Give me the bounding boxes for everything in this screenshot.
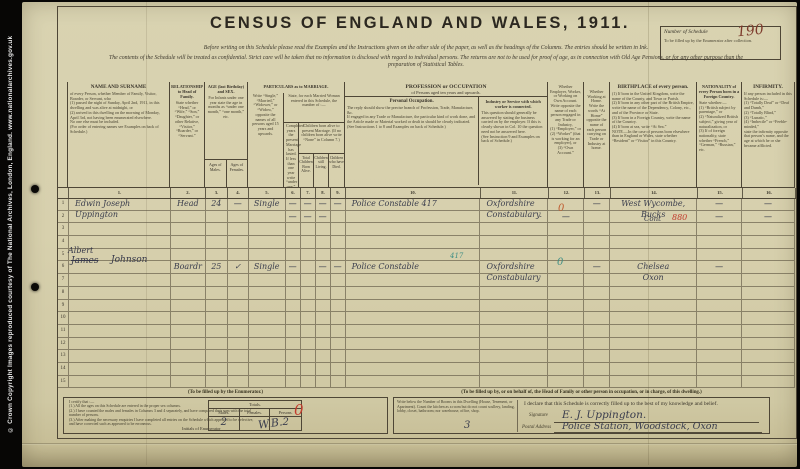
cell	[610, 236, 697, 248]
cell	[742, 312, 795, 324]
cell: Oxfordshire Constabulary	[480, 261, 548, 273]
column-number: 3.	[206, 188, 228, 198]
cell	[346, 287, 481, 299]
column-header-infirmity: INFIRMITY. If any person included in thi…	[742, 82, 795, 188]
cell: Single	[249, 261, 286, 273]
handwritten-annotation: 0	[558, 203, 564, 214]
cell	[249, 312, 286, 324]
cell	[301, 236, 316, 248]
industry-column: Industry or Service with which worker is…	[479, 97, 547, 185]
column-title: INFIRMITY.	[742, 82, 794, 91]
cell	[249, 236, 286, 248]
page-title: CENSUS OF ENGLAND AND WALES, 1911.	[140, 14, 700, 33]
column-number: 13.	[585, 188, 611, 198]
cell: —	[316, 211, 331, 223]
cell	[331, 249, 346, 261]
cell	[206, 287, 228, 299]
cell	[228, 249, 249, 261]
cell	[742, 300, 795, 312]
cell	[316, 350, 331, 362]
cell	[584, 300, 610, 312]
column-header-rownum	[57, 82, 68, 188]
cell	[228, 300, 249, 312]
cell: Single	[249, 198, 286, 210]
totals-heading: Totals.	[209, 401, 301, 409]
cell	[548, 363, 584, 375]
row-number: 3	[58, 223, 69, 235]
cell	[286, 300, 301, 312]
cell	[301, 376, 316, 388]
cell	[584, 274, 610, 286]
cell	[316, 287, 331, 299]
cell	[171, 350, 206, 362]
cell: —	[286, 198, 301, 210]
cell: Chelsea Oxon	[610, 261, 697, 273]
column-number: 14.	[611, 188, 698, 198]
cell	[301, 363, 316, 375]
cell: —	[697, 261, 742, 273]
cell	[697, 338, 742, 350]
cell	[548, 338, 584, 350]
cell	[346, 312, 481, 324]
column-number: 10.	[346, 188, 481, 198]
cell: —	[286, 261, 301, 273]
column-text: If any person included in this Schedule …	[742, 91, 794, 149]
column-header-age: AGE (last Birthday) and SEX. For Infants…	[205, 82, 248, 188]
cell	[742, 338, 795, 350]
cell	[228, 287, 249, 299]
cell: Oxfordshire Constabulary.	[480, 198, 548, 210]
cell: West Wycombe, Bucks	[610, 198, 697, 210]
personal-occupation-title: Personal Occupation.	[345, 97, 478, 105]
cell	[286, 287, 301, 299]
cell	[610, 338, 697, 350]
cell	[228, 325, 249, 337]
children-living-label: Children still Living.	[314, 154, 329, 188]
married-woman-note: State, for each Married Woman entered in…	[284, 93, 344, 123]
cell	[480, 376, 548, 388]
cell	[316, 236, 331, 248]
column-text: of every Person, whether Member of Famil…	[68, 91, 169, 135]
cell	[331, 338, 346, 350]
cell	[742, 223, 795, 235]
instructions-line1: Before writing on this Schedule please r…	[70, 45, 782, 51]
cell	[742, 325, 795, 337]
cell	[249, 223, 286, 235]
cell: —	[697, 211, 742, 223]
cell	[316, 300, 331, 312]
industry-title: Industry or Service with which worker is…	[479, 97, 547, 110]
cell	[301, 350, 316, 362]
paper-shading	[22, 445, 797, 467]
cell	[316, 274, 331, 286]
table-row: 3	[58, 223, 795, 236]
cell	[206, 249, 228, 261]
row-number: 8	[58, 287, 69, 299]
personal-occupation-text: The reply should show the precise branch…	[345, 105, 478, 131]
cell	[697, 376, 742, 388]
cell	[697, 249, 742, 261]
column-header-nationality: NATIONALITY of every Person born in a Fo…	[697, 82, 742, 188]
cell	[346, 236, 481, 248]
cell: —	[286, 211, 301, 223]
children-note: Children born alive to present Marriage.…	[299, 123, 344, 154]
cell	[346, 363, 481, 375]
personal-occupation-column: Personal Occupation. The reply should sh…	[345, 97, 479, 185]
cell	[548, 376, 584, 388]
cell	[480, 249, 548, 261]
cell	[69, 363, 171, 375]
cell	[331, 223, 346, 235]
cell	[249, 363, 286, 375]
marriage-status-note: Write “Single,” “Married,” “Widower,” or…	[248, 93, 284, 187]
punch-hole	[31, 283, 39, 291]
copyright-strip: © Crown Copyright Images reproduced cour…	[0, 0, 21, 469]
cell	[480, 300, 548, 312]
cell: Edwin Joseph Uppington	[69, 198, 171, 210]
cell	[480, 223, 548, 235]
cell	[331, 325, 346, 337]
cell	[69, 211, 171, 223]
cell	[286, 236, 301, 248]
cell	[346, 300, 481, 312]
cell	[548, 223, 584, 235]
column-number: 16.	[743, 188, 796, 198]
cell	[697, 363, 742, 375]
handwritten-annotation: 880	[672, 213, 687, 222]
cell	[206, 300, 228, 312]
cell	[331, 312, 346, 324]
cell	[316, 249, 331, 261]
cell	[697, 287, 742, 299]
column-header-birthplace: BIRTHPLACE of every person. (1) If born …	[610, 82, 697, 188]
table-row: 6Boardr25✓Single———Police ConstableOxfor…	[58, 261, 795, 274]
cell	[584, 338, 610, 350]
enumerator-heading: (To be filled up by the Enumerator.)	[63, 390, 388, 395]
declaration-statement: I declare that this Schedule is correctl…	[524, 401, 766, 407]
cell	[171, 376, 206, 388]
cell	[742, 274, 795, 286]
cell	[286, 312, 301, 324]
totals-males-value: 2	[209, 417, 240, 431]
cell	[228, 211, 249, 223]
screenshot-root: © Crown Copyright Images reproduced cour…	[0, 0, 800, 469]
cell: —	[548, 211, 584, 223]
cell	[742, 363, 795, 375]
cell	[301, 325, 316, 337]
cell: —	[742, 211, 795, 223]
cell	[249, 249, 286, 261]
cell	[286, 376, 301, 388]
cell	[548, 312, 584, 324]
cell	[171, 300, 206, 312]
table-row: 4	[58, 236, 795, 249]
cell	[610, 325, 697, 337]
cell	[548, 261, 584, 273]
column-number: 6.	[286, 188, 301, 198]
cell	[548, 236, 584, 248]
table-body: 1Edwin Joseph UppingtonHead24—Single————…	[58, 198, 795, 388]
schedule-number-label: Number of Schedule	[664, 29, 708, 35]
signature-value: E. J. Uppington.	[562, 409, 646, 421]
years-married-note: Completed years the present Marriage has…	[284, 123, 299, 188]
cell	[480, 363, 548, 375]
cell	[548, 249, 584, 261]
cell	[286, 274, 301, 286]
table-row: 5	[58, 249, 795, 262]
cell: —	[316, 198, 331, 210]
cell: —	[331, 261, 346, 273]
cell	[697, 236, 742, 248]
cell	[697, 350, 742, 362]
column-text: Whether Employer, Worker, or Working on …	[548, 82, 583, 157]
column-title: BIRTHPLACE of every person.	[610, 82, 696, 91]
children-died-label: Children who have Died.	[329, 154, 344, 188]
table-row: 8	[58, 287, 795, 300]
totals-females-label: Females.	[240, 409, 271, 416]
table-row: 10	[58, 312, 795, 325]
table-row: 7	[58, 274, 795, 287]
cell	[610, 312, 697, 324]
cell	[206, 211, 228, 223]
cell	[301, 249, 316, 261]
address-line	[554, 432, 762, 433]
cell	[286, 325, 301, 337]
cell	[206, 363, 228, 375]
cell	[346, 211, 481, 223]
cell	[584, 223, 610, 235]
table-row: 1Edwin Joseph UppingtonHead24—Single————…	[58, 198, 795, 211]
cell	[548, 287, 584, 299]
signature-label: Signature	[529, 413, 548, 418]
column-number: 12.	[549, 188, 585, 198]
cell	[301, 300, 316, 312]
cell	[548, 274, 584, 286]
cell	[316, 312, 331, 324]
cell	[346, 376, 481, 388]
cell	[69, 376, 171, 388]
cell	[480, 338, 548, 350]
cell	[331, 350, 346, 362]
column-header-employer: Whether Employer, Worker, or Working on …	[548, 82, 584, 188]
column-text: (1) If born in the United Kingdom, write…	[610, 91, 696, 145]
cell	[697, 325, 742, 337]
cell	[610, 376, 697, 388]
handwritten-annotation: James	[71, 256, 98, 266]
column-number	[58, 188, 69, 198]
cell: 24	[206, 198, 228, 210]
age-males-label: Ages of Males.	[205, 160, 227, 187]
cell	[286, 338, 301, 350]
cell	[206, 274, 228, 286]
cell	[249, 325, 286, 337]
cell	[286, 350, 301, 362]
handwritten-annotation: Johnson	[111, 255, 147, 265]
cell	[206, 325, 228, 337]
cell	[228, 274, 249, 286]
cell	[480, 287, 548, 299]
cell	[584, 312, 610, 324]
cell	[171, 287, 206, 299]
column-number: 5.	[249, 188, 286, 198]
column-subtitle: of Persons aged ten years and upwards.	[346, 90, 546, 95]
cell	[316, 338, 331, 350]
row-number: 1	[58, 198, 69, 210]
cell	[286, 363, 301, 375]
cell	[171, 211, 206, 223]
cell: Head	[171, 198, 206, 210]
row-number: 2	[58, 211, 69, 223]
column-number: 7.	[301, 188, 316, 198]
cell	[171, 363, 206, 375]
cell	[69, 325, 171, 337]
cell	[346, 223, 481, 235]
cell	[742, 350, 795, 362]
row-number: 7	[58, 274, 69, 286]
cell	[548, 198, 584, 210]
cell	[331, 236, 346, 248]
cell	[301, 338, 316, 350]
cell	[206, 376, 228, 388]
cell: ✓	[228, 261, 249, 273]
cell	[228, 338, 249, 350]
column-number: 4.	[228, 188, 249, 198]
cell: —	[316, 261, 331, 273]
cell	[69, 312, 171, 324]
row-number: 9	[58, 300, 69, 312]
cell	[610, 249, 697, 261]
cell	[697, 300, 742, 312]
cell	[610, 287, 697, 299]
cell	[584, 363, 610, 375]
cell	[171, 236, 206, 248]
cell	[249, 300, 286, 312]
cell	[316, 376, 331, 388]
cell	[228, 350, 249, 362]
rooms-value: 3	[464, 420, 470, 431]
instructions-line2: The contents of the Schedule will be tre…	[106, 55, 746, 69]
cell: —	[331, 198, 346, 210]
handwritten-annotation: 0	[557, 257, 563, 268]
column-header-profession: PROFESSION or OCCUPATION of Persons aged…	[345, 82, 548, 188]
cell	[228, 376, 249, 388]
column-text: State whether:— (1) “British subject by …	[697, 100, 741, 154]
cell	[69, 338, 171, 350]
column-title: NAME AND SURNAME	[68, 82, 169, 91]
cell	[331, 274, 346, 286]
cell	[346, 274, 481, 286]
cell	[206, 236, 228, 248]
cell	[584, 211, 610, 223]
totals-table: Totals. Males. Females. Persons. 2 2	[208, 400, 302, 431]
marriage-subcolumns: Write “Single,” “Married,” “Widower,” or…	[248, 93, 344, 187]
cell	[697, 274, 742, 286]
cell: Police Constable 417	[346, 198, 481, 210]
cell	[316, 223, 331, 235]
cell	[301, 261, 316, 273]
cell	[610, 350, 697, 362]
cell	[480, 312, 548, 324]
cell	[228, 363, 249, 375]
table-row: 12	[58, 338, 795, 351]
enumerator-box: I certify that :— (1.) All the ages on t…	[63, 397, 388, 434]
cell	[228, 312, 249, 324]
column-number: 1.	[69, 188, 171, 198]
cell	[610, 363, 697, 375]
cell: —	[697, 198, 742, 210]
column-number: 9.	[331, 188, 346, 198]
cell	[206, 338, 228, 350]
cell	[206, 350, 228, 362]
row-number: 10	[58, 312, 69, 324]
cell	[171, 274, 206, 286]
cell	[228, 223, 249, 235]
cell	[249, 274, 286, 286]
row-number: 11	[58, 325, 69, 337]
schedule-number-value: 190	[736, 22, 764, 41]
cell	[316, 325, 331, 337]
cell	[584, 376, 610, 388]
cell	[301, 274, 316, 286]
row-number: 12	[58, 338, 69, 350]
column-number: 15.	[698, 188, 743, 198]
age-subcolumns: Ages of Males. Ages of Females.	[205, 159, 247, 187]
column-header-marriage: PARTICULARS as to MARRIAGE. Write “Singl…	[248, 82, 345, 188]
totals-persons-value: 2	[270, 417, 301, 431]
handwritten-annotation: Cont	[644, 215, 661, 223]
totals-males-label: Males.	[209, 409, 240, 416]
declaration-box: Write below the Number of Rooms in this …	[393, 397, 770, 434]
cell	[69, 350, 171, 362]
schedule-number-note: To be filled up by the Enumerator after …	[664, 38, 777, 43]
row-number: 14	[58, 363, 69, 375]
marriage-right: State, for each Married Woman entered in…	[284, 93, 344, 187]
column-text: For Infants under one year state the age…	[205, 95, 247, 121]
cell	[301, 287, 316, 299]
cell	[69, 223, 171, 235]
column-text: State whether “Head,” or “Wife,” “Son,” …	[170, 100, 204, 140]
column-title: RELATIONSHIP to Head of Family.	[170, 82, 204, 100]
cell	[286, 223, 301, 235]
cell	[548, 300, 584, 312]
cell	[610, 300, 697, 312]
address-value: Police Station, Woodstock, Oxon	[562, 421, 718, 432]
cell	[331, 300, 346, 312]
cell	[584, 236, 610, 248]
cell	[206, 312, 228, 324]
cell: —	[584, 261, 610, 273]
cell	[301, 312, 316, 324]
cell	[346, 325, 481, 337]
cell	[480, 350, 548, 362]
punch-hole	[31, 185, 39, 193]
table-row: 13	[58, 350, 795, 363]
cell: —	[301, 198, 316, 210]
row-number: 15	[58, 376, 69, 388]
cell	[171, 312, 206, 324]
cell	[249, 350, 286, 362]
totals-females-value	[240, 417, 271, 431]
cell	[480, 325, 548, 337]
cell	[697, 223, 742, 235]
cell	[480, 211, 548, 223]
table-row: 14	[58, 363, 795, 376]
cell	[316, 363, 331, 375]
cell	[584, 287, 610, 299]
column-header-name: NAME AND SURNAME of every Person, whethe…	[68, 82, 170, 188]
cell	[69, 287, 171, 299]
column-number: 11.	[481, 188, 549, 198]
